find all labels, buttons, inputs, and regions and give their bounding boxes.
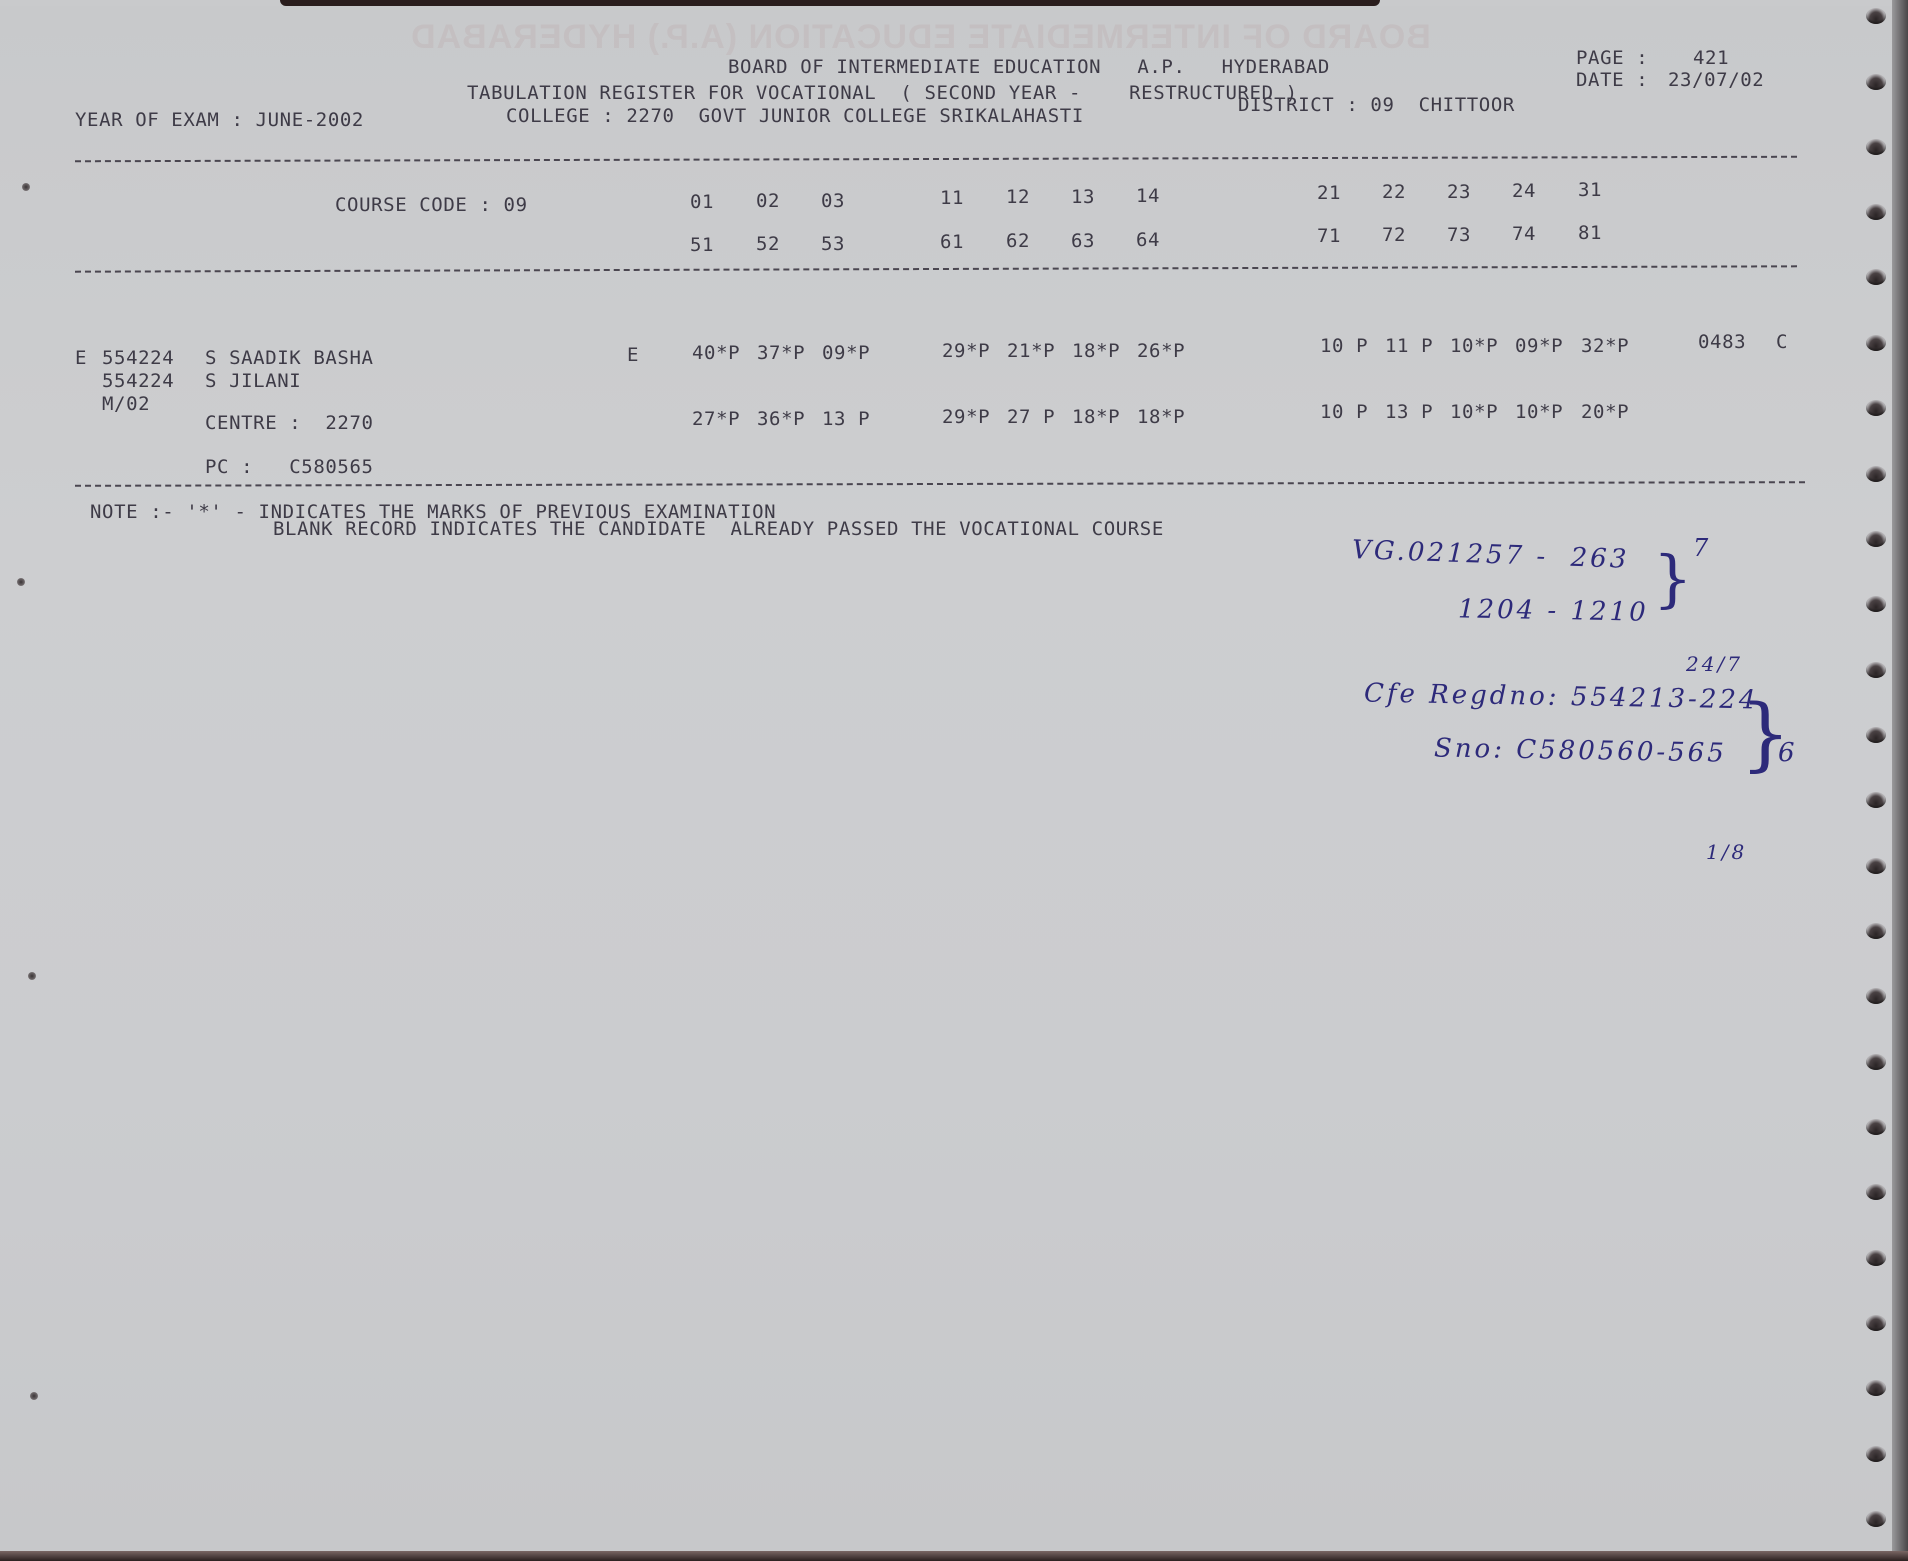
centre: CENTRE : 2270 — [205, 414, 374, 433]
note-line-2: BLANK RECORD INDICATES THE CANDIDATE ALR… — [273, 520, 1164, 539]
handwritten-number-range: 1204 - 1210 — [1458, 594, 1649, 627]
handwritten-serial-range: Sno: C580560-565 — [1434, 733, 1727, 768]
page-number: 421 — [1693, 49, 1729, 68]
code-61: 61 — [940, 233, 964, 252]
code-13: 13 — [1071, 188, 1095, 207]
punch-hole — [1866, 1380, 1886, 1396]
mark-02: 37*P — [757, 344, 805, 363]
paper-right-edge — [1892, 0, 1908, 1561]
pin-mark — [30, 1392, 38, 1400]
year-of-exam: YEAR OF EXAM : JUNE-2002 — [75, 111, 364, 130]
date-value: 23/07/02 — [1668, 71, 1764, 90]
mark-14: 26*P — [1137, 342, 1185, 361]
registration-number: 554224 — [102, 372, 174, 391]
mark-61: 29*P — [942, 408, 990, 427]
punch-hole — [1866, 1511, 1886, 1527]
handwritten-date-1: 24/7 — [1686, 652, 1743, 676]
mark-13: 18*P — [1072, 342, 1120, 361]
session: M/02 — [102, 395, 150, 414]
punch-hole — [1866, 662, 1886, 678]
code-53: 53 — [821, 235, 845, 254]
punch-hole — [1866, 923, 1886, 939]
mark-71: 10 P — [1320, 403, 1368, 422]
brace-1: } — [1653, 548, 1692, 610]
father-name: S JILANI — [205, 372, 301, 391]
punch-hole — [1866, 1315, 1886, 1331]
code-21: 21 — [1317, 184, 1341, 203]
pin-mark — [22, 183, 30, 191]
punch-hole — [1866, 1250, 1886, 1266]
code-81: 81 — [1578, 224, 1602, 243]
mark-24: 09*P — [1515, 337, 1563, 356]
mark-51: 27*P — [692, 410, 740, 429]
code-11: 11 — [940, 189, 964, 208]
punch-hole — [1866, 531, 1886, 547]
handwritten-count-2: 6 — [1778, 738, 1798, 768]
candidate-name: S SAADIK BASHA — [205, 349, 374, 368]
punch-hole — [1866, 269, 1886, 285]
punch-hole — [1866, 139, 1886, 155]
mark-31: 32*P — [1581, 337, 1629, 356]
mark-12: 21*P — [1007, 342, 1055, 361]
code-31: 31 — [1578, 181, 1602, 200]
code-02: 02 — [756, 192, 780, 211]
code-71: 71 — [1317, 227, 1341, 246]
handwritten-count-1: 7 — [1693, 534, 1711, 562]
code-63: 63 — [1071, 232, 1095, 251]
mark-72: 13 P — [1385, 403, 1433, 422]
punch-hole — [1866, 596, 1886, 612]
total-marks: 0483 — [1698, 333, 1746, 352]
code-14: 14 — [1136, 187, 1160, 206]
code-72: 72 — [1382, 226, 1406, 245]
punch-hole — [1866, 466, 1886, 482]
mark-11: 29*P — [942, 342, 990, 361]
mark-63: 18*P — [1072, 408, 1120, 427]
register-title: TABULATION REGISTER FOR VOCATIONAL ( SEC… — [467, 84, 1298, 103]
code-23: 23 — [1447, 183, 1471, 202]
paper-bottom-edge — [0, 1551, 1908, 1561]
punch-hole — [1866, 8, 1886, 24]
page-label: PAGE : — [1576, 49, 1648, 68]
mark-73: 10*P — [1450, 403, 1498, 422]
punch-hole — [1866, 792, 1886, 808]
punch-hole — [1866, 1184, 1886, 1200]
mark-53: 13 P — [822, 410, 870, 429]
mark-62: 27 P — [1007, 408, 1055, 427]
code-51: 51 — [690, 236, 714, 255]
punch-hole — [1866, 400, 1886, 416]
code-01: 01 — [690, 193, 714, 212]
college-line: COLLEGE : 2270 GOVT JUNIOR COLLEGE SRIKA… — [506, 107, 1084, 126]
result-grade: C — [1776, 333, 1788, 352]
code-62: 62 — [1006, 232, 1030, 251]
punch-hole — [1866, 1119, 1886, 1135]
punch-hole — [1866, 335, 1886, 351]
course-code-label: COURSE CODE : 09 — [335, 196, 528, 215]
show-through-text: BOARD OF INTERMEDIATE EDUCATION (A.P.) H… — [410, 18, 1431, 57]
mark-64: 18*P — [1137, 408, 1185, 427]
punch-hole — [1866, 727, 1886, 743]
punch-hole — [1866, 1054, 1886, 1070]
code-73: 73 — [1447, 226, 1471, 245]
code-03: 03 — [821, 192, 845, 211]
code-22: 22 — [1382, 183, 1406, 202]
handwritten-date-2: 1/8 — [1706, 840, 1747, 864]
mark-01: 40*P — [692, 344, 740, 363]
board-title: BOARD OF INTERMEDIATE EDUCATION A.P. HYD… — [728, 58, 1330, 77]
mark-21: 10 P — [1320, 337, 1368, 356]
punch-hole — [1866, 858, 1886, 874]
code-24: 24 — [1512, 182, 1536, 201]
punch-hole — [1866, 204, 1886, 220]
code-12: 12 — [1006, 188, 1030, 207]
pc-number: PC : C580565 — [205, 458, 374, 477]
code-64: 64 — [1136, 231, 1160, 250]
code-52: 52 — [756, 235, 780, 254]
mark-74: 10*P — [1515, 403, 1563, 422]
medium: E — [627, 346, 639, 365]
code-74: 74 — [1512, 225, 1536, 244]
pin-mark — [28, 972, 36, 980]
punch-hole — [1866, 988, 1886, 1004]
mark-23: 10*P — [1450, 337, 1498, 356]
mark-52: 36*P — [757, 410, 805, 429]
punch-hole — [1866, 1446, 1886, 1462]
candidate-flag: E — [75, 349, 87, 368]
district-line: DISTRICT : 09 CHITTOOR — [1238, 96, 1515, 115]
mark-03: 09*P — [822, 344, 870, 363]
mark-81: 20*P — [1581, 403, 1629, 422]
mark-22: 11 P — [1385, 337, 1433, 356]
punch-hole — [1866, 74, 1886, 90]
date-label: DATE : — [1576, 71, 1648, 90]
paper-top-edge — [280, 0, 1380, 6]
pin-mark — [17, 578, 25, 586]
hall-ticket-number: 554224 — [102, 349, 174, 368]
